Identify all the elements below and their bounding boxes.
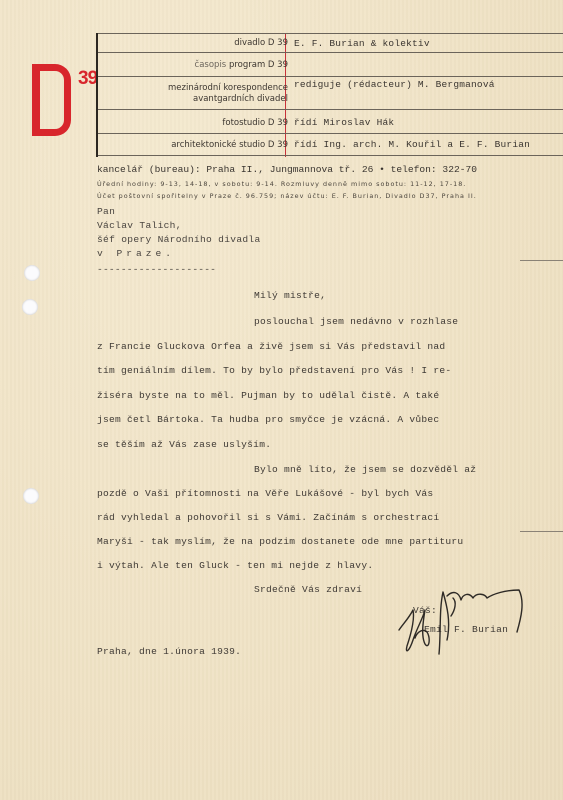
letter-date: Praha, dne 1.února 1939.: [97, 646, 241, 657]
letterhead-value-architecture: řídí Ing. arch. M. Kouřil a E. F. Burian: [294, 139, 530, 150]
letterhead-table: divadlo D 39 E. F. Burian & kolektiv čas…: [96, 33, 563, 157]
magazine-prefix: časopis: [195, 60, 227, 70]
punch-hole: [24, 265, 40, 281]
letter-closing: Srdečně Vás zdraví: [254, 584, 362, 595]
letter-line: se těším až Vás zase uslyším.: [97, 439, 271, 450]
correspondence-line-1: mezinárodní korespondence: [168, 83, 288, 94]
letterhead-label-correspondence: mezinárodní korespondence avantgardních …: [168, 83, 288, 105]
letter-line: poslouchal jsem nedávno v rozhlase: [254, 316, 458, 327]
handwritten-signature-icon: [395, 588, 545, 673]
fold-mark: [520, 260, 563, 261]
letterhead-label-photostudio: fotostudio D 39: [222, 118, 288, 129]
punch-hole: [22, 299, 38, 315]
letter-line: i výtah. Ale ten Gluck - ten mi nejde z …: [97, 560, 373, 571]
letterhead-label-theatre: divadlo D 39: [234, 38, 288, 49]
d39-logo: 39: [32, 64, 92, 128]
office-address: kancelář (bureau): Praha II., Jungmannov…: [97, 164, 477, 175]
letterhead-value-editor: rediguje (rédacteur) M. Bergmanová: [294, 79, 495, 90]
letter-line: tím geniálním dílem. To by bylo představ…: [97, 365, 451, 376]
letter-line: Maryši - tak myslím, že na podzim dostan…: [97, 536, 463, 547]
letterhead-rule: [98, 133, 563, 134]
letter-line: z Francie Gluckova Orfea a živě jsem si …: [97, 341, 445, 352]
recipient-title: šéf opery Národního divadla: [97, 234, 261, 245]
correspondence-line-2: avantgardních divadel: [168, 94, 288, 105]
letter-greeting: Milý mistře,: [254, 290, 326, 301]
bank-account: Účet poštovní spořitelny v Praze č. 96.7…: [97, 192, 477, 200]
letterhead-rule: [98, 52, 563, 53]
letter-line: pozdě o Vaši přítomnosti na Věře Lukášov…: [97, 488, 433, 499]
letter-line: Bylo mně líto, že jsem se dozvěděl až: [254, 464, 476, 475]
magazine-title: program D 39: [229, 60, 288, 70]
logo-letter-d: [32, 64, 71, 136]
letter-line: rád vyhledal a pohovořil si s Vámi. Začí…: [97, 512, 439, 523]
recipient-city: v Praze.: [97, 248, 175, 259]
letterhead-rule: [98, 109, 563, 110]
letterhead-rule: [98, 155, 563, 156]
logo-number: 39: [78, 68, 97, 90]
recipient-name: Václav Talich,: [97, 220, 182, 231]
recipient-salutation: Pan: [97, 206, 115, 217]
letterhead-label-magazine: časopis program D 39: [195, 60, 288, 71]
punch-hole: [23, 488, 39, 504]
letterhead-value-photostudio: řídí Miroslav Hák: [294, 117, 394, 128]
letterhead-value-theatre: E. F. Burian & kolektiv: [294, 38, 430, 49]
letterhead-rule: [98, 76, 563, 77]
letterhead-rule: [98, 33, 563, 34]
letterhead-label-architecture: architektonické studio D 39: [171, 140, 288, 151]
recipient-underline: --------------------: [97, 264, 216, 275]
office-hours: Úřední hodiny: 9-13, 14-18, v sobotu: 9-…: [97, 180, 466, 188]
letter-line: jsem četl Bártoka. Ta hudba pro smyčce j…: [97, 414, 439, 425]
fold-mark: [520, 531, 563, 532]
letter-line: žiséra byste na to měl. Pujman by to udě…: [97, 390, 439, 401]
